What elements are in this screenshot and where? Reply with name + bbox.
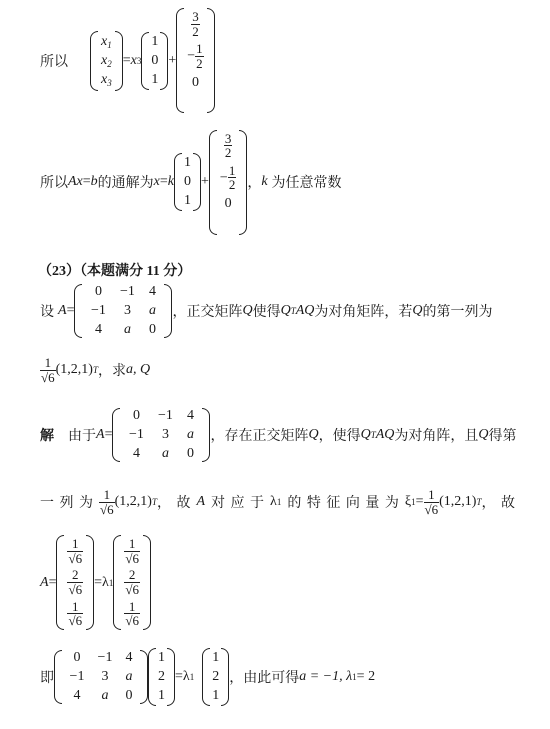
vector-particular: 32 −12 0 [176, 8, 214, 113]
text-suoyi: 所以 [40, 51, 68, 71]
vector-101: 101 [141, 32, 168, 90]
vector-121: 121 [202, 648, 229, 706]
solution-line-1: 解 由于 A= 0−14 −13a 4a0 ，存在正交矩阵Q ，使得 QTAQ … [40, 405, 517, 465]
matrix-A: 0−14 −13a 4a0 [74, 284, 172, 338]
x-vector: x1 x2 x3 [90, 31, 123, 91]
equation-line-1: 所以 x1 x2 x3 = x3 101 + 32 −12 0 [40, 8, 215, 113]
eigenvector-column: 1√6 2√6 1√6 [113, 535, 151, 630]
problem-statement-2: 1√6 (1,2,1)T ，求 a, Q [40, 352, 150, 388]
vector-121: 121 [148, 648, 175, 706]
problem-statement: 设 A= 0−14 −13a 4a0 ，正交矩阵Q 使得 QTAQ 为对角矩阵，… [40, 283, 493, 339]
vector-101: 101 [174, 153, 201, 211]
vector-particular: 32 −12 0 [209, 130, 247, 235]
general-solution-line: 所以 Ax=b 的通解为 x=k 101 + 32 −12 0 ，k 为任意常数 [40, 128, 342, 236]
matrix-A: 0−14 −13a 4a0 [54, 650, 148, 704]
solution-line-3: A= 1√6 2√6 1√6 =λ1 1√6 2√6 1√6 [40, 525, 151, 640]
solution-line-2: 一 列 为 1√6 (1,2,1)T ， 故 A 对 应 于 λ1 的 特 征 … [40, 482, 515, 522]
eigenvector-column: 1√6 2√6 1√6 [56, 535, 94, 630]
solution-label: 解 [40, 425, 54, 445]
solution-line-4: 即 0−14 −13a 4a0 121 =λ1 121 ，由此可得 a = −1… [40, 647, 375, 707]
matrix-A: 0−14 −13a 4a0 [112, 408, 210, 462]
problem-heading: （23）（本题满分 11 分） [38, 260, 191, 280]
